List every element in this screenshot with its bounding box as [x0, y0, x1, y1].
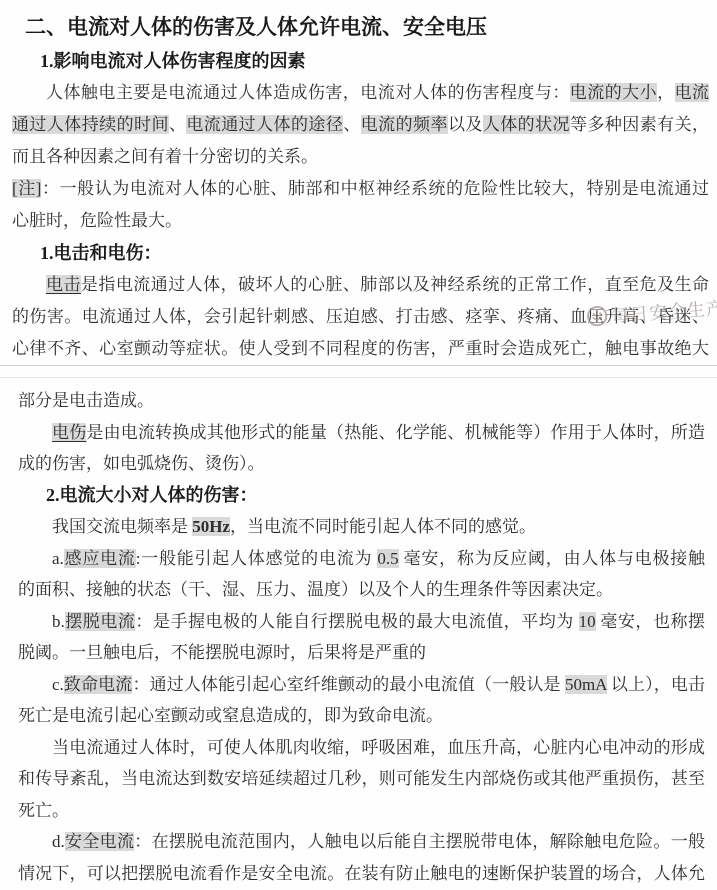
text-line: 电伤是由电流转换成其他形式的能量（热能、化学能、机械能等）作用于人体时，所造 — [18, 417, 705, 449]
text-run: 部分是电击造成。 — [18, 391, 154, 410]
page-divider-line-top — [0, 365, 717, 366]
text-run: 而且各种因素之间有着十分密切的关系。 — [12, 147, 318, 166]
text-run: 、 — [169, 115, 186, 134]
text-line: 的伤害。电流通过人体，会引起针刺感、压迫感、打击感、痉挛、疼痛、血压升高、昏迷、 — [12, 301, 709, 333]
text-line: c.致命电流：通过人体能引起心室纤维颤动的最小电流值（一般认是 50mA 以上）… — [18, 669, 705, 701]
section-heading: 1.影响电流对人体伤害程度的因素 — [12, 45, 709, 77]
text-line: 心律不齐、心室颤动等症状。使人受到不同程度的伤害，严重时会造成死亡，触电事故绝大 — [12, 333, 709, 365]
text-run: 毫安，称为反应阈，由人体与电极接触 — [399, 549, 705, 568]
text-line: a.感应电流:一般能引起人体感觉的电流为 0.5 毫安，称为反应阈，由人体与电极… — [18, 543, 705, 575]
text-run: a. — [52, 549, 64, 568]
section-heading: 1.电击和电伤： — [12, 237, 709, 269]
highlighted-term: 通过人体持续的时间 — [12, 115, 169, 134]
page-break — [0, 365, 717, 383]
text-run: 人体触电主要是电流通过人体造成伤害，电流对人体的伤害程度与： — [46, 83, 570, 102]
highlighted-term: 电伤 — [52, 423, 86, 442]
document-title: 二、电流对人体的伤害及人体允许电流、安全电压 — [25, 9, 709, 45]
text-run: 二、电流对人体的伤害及人体允许电流、安全电压 — [25, 15, 487, 39]
text-run: 2.电流大小对人体的伤害： — [46, 485, 258, 505]
text-run: :一般能引起人体感觉的电流为 — [136, 549, 378, 568]
text-line: 部分是电击造成。 — [18, 385, 705, 417]
text-line: 脱阈。一旦触电后，不能摆脱电源时，后果将是严重的 — [18, 637, 705, 669]
text-run: b. — [52, 612, 65, 631]
text-run: 心脏时，危险性最大。 — [12, 211, 182, 230]
text-line: d.安全电流：在摆脱电流范围内，人触电以后能自主摆脱带电体，解除触电危险。一般 — [18, 826, 705, 858]
section-heading: 2.电流大小对人体的伤害： — [18, 480, 705, 512]
highlighted-term: 电流的频率 — [361, 115, 448, 134]
highlighted-term: 电流 — [675, 83, 709, 102]
text-line: 死亡是电流引起心室颤动或窒息造成的，即为致命电流。 — [18, 700, 705, 732]
text-run: 当电流通过人体时，可使人体肌肉收缩，呼吸困难，血压升高，心脏内心电冲动的形成 — [52, 738, 705, 757]
text-run: 的面积、接触的状态（干、湿、压力、温度）以及个人的生理条件等因素决定。 — [18, 580, 613, 599]
text-run: 1.影响电流对人体伤害程度的因素 — [40, 51, 306, 71]
text-line: 情况下，可以把摆脱电流看作是安全电流。在装有防止触电的速断保护装置的场合，人体允 — [18, 858, 705, 890]
page-divider-line-bottom — [0, 377, 717, 378]
text-run: ：一般认为电流对人体的心脏、肺部和中枢神经系统的危险性比较大，特别是电流通过 — [41, 179, 709, 198]
text-line: 通过人体持续的时间、电流通过人体的途径、电流的频率以及人体的状况等多种因素有关， — [12, 109, 709, 141]
text-run: 、 — [343, 115, 360, 134]
highlighted-term: 50Hz — [192, 517, 230, 536]
highlighted-term: 50mA — [565, 675, 607, 694]
text-run: 我国交流电频率是 — [52, 517, 192, 536]
text-run: 死亡是电流引起心室颤动或窒息造成的，即为致命电流。 — [18, 706, 443, 725]
highlighted-term: 10 — [579, 612, 596, 631]
text-line: 电击是指电流通过人体，破坏人的心脏、肺部以及神经系统的正常工作，直至危及生命 — [12, 269, 709, 301]
text-run: 以上），电击 — [607, 675, 706, 694]
text-run: 等多种因素有关， — [570, 115, 709, 134]
text-line: 和传导紊乱，当电流达到数安培延续超过几秒，则可能发生内部烧伤或其他严重损伤，甚至 — [18, 763, 705, 795]
text-run: c. — [52, 675, 64, 694]
highlighted-term: 电流通过人体的途径 — [186, 115, 343, 134]
page-1: 二、电流对人体的伤害及人体允许电流、安全电压1.影响电流对人体伤害程度的因素人体… — [0, 0, 717, 365]
highlighted-term: [注] — [12, 179, 41, 198]
highlighted-term: 安全电流 — [65, 832, 135, 851]
text-run: 死亡。 — [18, 801, 69, 820]
text-run: 1.电击和电伤： — [40, 243, 162, 263]
highlighted-term: 电击 — [46, 275, 81, 294]
text-line: 死亡。 — [18, 795, 705, 827]
text-line: 的面积、接触的状态（干、湿、压力、温度）以及个人的生理条件等因素决定。 — [18, 574, 705, 606]
text-line: [注]：一般认为电流对人体的心脏、肺部和中枢神经系统的危险性比较大，特别是电流通… — [12, 173, 709, 205]
highlighted-term: 人体的状况 — [483, 115, 570, 134]
text-run: 成的伤害，如电弧烧伤、烫伤）。 — [18, 454, 265, 473]
text-run: ， — [657, 83, 674, 102]
text-run: ：通过人体能引起心室纤维颤动的最小电流值（一般认是 — [132, 675, 565, 694]
text-run: ：是手握电极的人能自行摆脱电极的最大电流值，平均为 — [135, 612, 578, 631]
text-line: 当电流通过人体时，可使人体肌肉收缩，呼吸困难，血压升高，心脏内心电冲动的形成 — [18, 732, 705, 764]
text-run: 脱阈。一旦触电后，不能摆脱电源时，后果将是严重的 — [18, 643, 426, 662]
highlighted-term: 0.5 — [377, 549, 398, 568]
text-run: 是指电流通过人体，破坏人的心脏、肺部以及神经系统的正常工作，直至危及生命 — [81, 275, 709, 294]
text-run: d. — [52, 832, 65, 851]
text-run: ，当电流不同时能引起人体不同的感觉。 — [230, 517, 536, 536]
text-run: 是由电流转换成其他形式的能量（热能、化学能、机械能等）作用于人体时，所造 — [86, 423, 705, 442]
page-2: 部分是电击造成。电伤是由电流转换成其他形式的能量（热能、化学能、机械能等）作用于… — [0, 383, 717, 889]
text-line: 心脏时，危险性最大。 — [12, 205, 709, 237]
highlighted-term: 感应电流 — [64, 549, 136, 568]
text-run: 心律不齐、心室颤动等症状。使人受到不同程度的伤害，严重时会造成死亡，触电事故绝大 — [12, 339, 709, 358]
highlighted-term: 致命电流 — [64, 675, 133, 694]
text-line: 而且各种因素之间有着十分密切的关系。 — [12, 141, 709, 173]
text-run: ：在摆脱电流范围内，人触电以后能自主摆脱带电体，解除触电危险。一般 — [134, 832, 705, 851]
text-run: 和传导紊乱，当电流达到数安培延续超过几秒，则可能发生内部烧伤或其他严重损伤，甚至 — [18, 769, 705, 788]
text-line: 我国交流电频率是 50Hz，当电流不同时能引起人体不同的感觉。 — [18, 511, 705, 543]
text-line: 人体触电主要是电流通过人体造成伤害，电流对人体的伤害程度与：电流的大小，电流 — [12, 77, 709, 109]
highlighted-term: 电流的大小 — [570, 83, 657, 102]
text-line: b.摆脱电流：是手握电极的人能自行摆脱电极的最大电流值，平均为 10 毫安，也称… — [18, 606, 705, 638]
text-run: 情况下，可以把摆脱电流看作是安全电流。在装有防止触电的速断保护装置的场合，人体允 — [18, 864, 705, 883]
text-run: 毫安，也称摆 — [596, 612, 705, 631]
text-run: 以及 — [448, 115, 483, 134]
text-run: 的伤害。电流通过人体，会引起针刺感、压迫感、打击感、痉挛、疼痛、血压升高、昏迷、 — [12, 307, 709, 326]
text-line: 成的伤害，如电弧烧伤、烫伤）。 — [18, 448, 705, 480]
document-page: 二、电流对人体的伤害及人体允许电流、安全电压1.影响电流对人体伤害程度的因素人体… — [0, 0, 717, 890]
highlighted-term: 摆脱电流 — [65, 612, 136, 631]
